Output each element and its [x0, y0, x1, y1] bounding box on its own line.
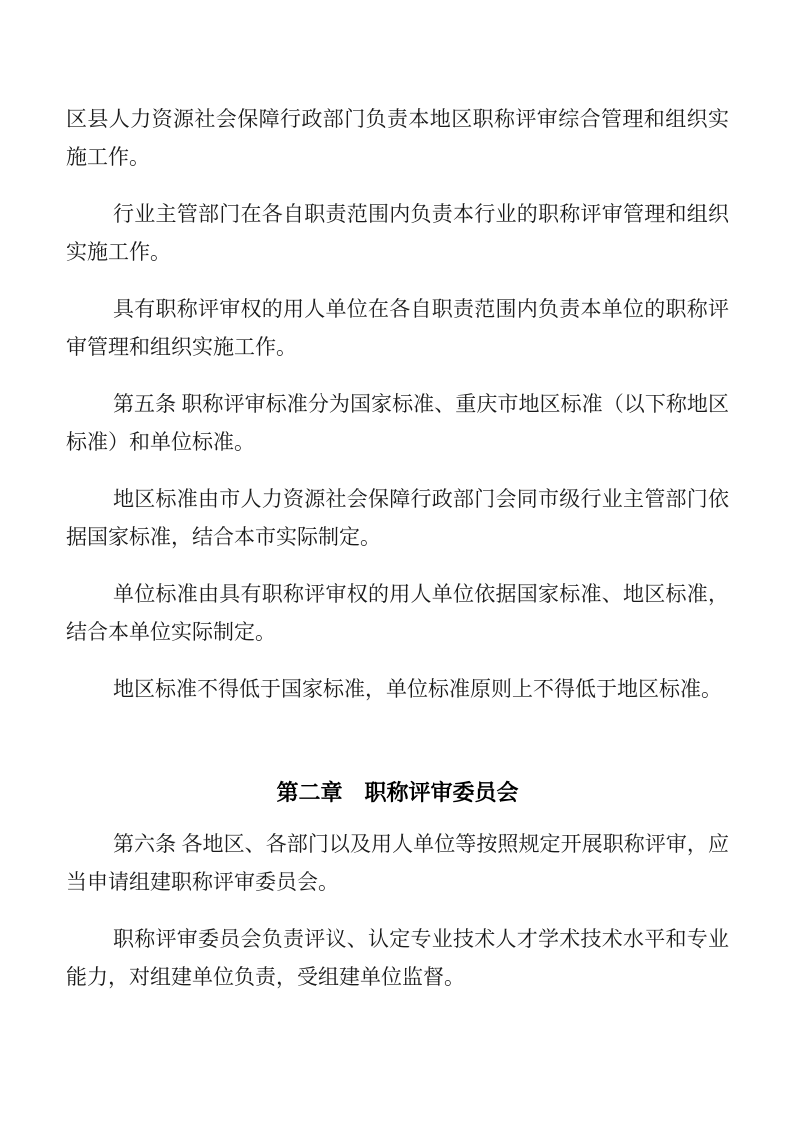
chapter-heading: 第二章 职称评审委员会: [66, 774, 729, 812]
document-content: 区县人力资源社会保障行政部门负责本地区职称评审综合管理和组织实施工作。行业主管部…: [0, 0, 793, 996]
paragraph: 第五条 职称评审标准分为国家标准、重庆市地区标准（以下称地区标准）和单位标准。: [66, 385, 729, 461]
paragraph: 具有职称评审权的用人单位在各自职责范围内负责本单位的职称评审管理和组织实施工作。: [66, 290, 729, 366]
document-page: 区县人力资源社会保障行政部门负责本地区职称评审综合管理和组织实施工作。行业主管部…: [0, 0, 793, 1122]
paragraph: 第六条 各地区、各部门以及用人单位等按照规定开展职称评审，应当申请组建职称评审委…: [66, 825, 729, 901]
paragraph: 区县人力资源社会保障行政部门负责本地区职称评审综合管理和组织实施工作。: [66, 100, 729, 176]
paragraph: 地区标准由市人力资源社会保障行政部门会同市级行业主管部门依据国家标准，结合本市实…: [66, 480, 729, 556]
paragraph: 职称评审委员会负责评议、认定专业技术人才学术技术水平和专业能力，对组建单位负责，…: [66, 920, 729, 996]
paragraph: 单位标准由具有职称评审权的用人单位依据国家标准、地区标准，结合本单位实际制定。: [66, 575, 729, 651]
paragraph: 地区标准不得低于国家标准，单位标准原则上不得低于地区标准。: [66, 670, 729, 708]
paragraph: 行业主管部门在各自职责范围内负责本行业的职称评审管理和组织实施工作。: [66, 195, 729, 271]
